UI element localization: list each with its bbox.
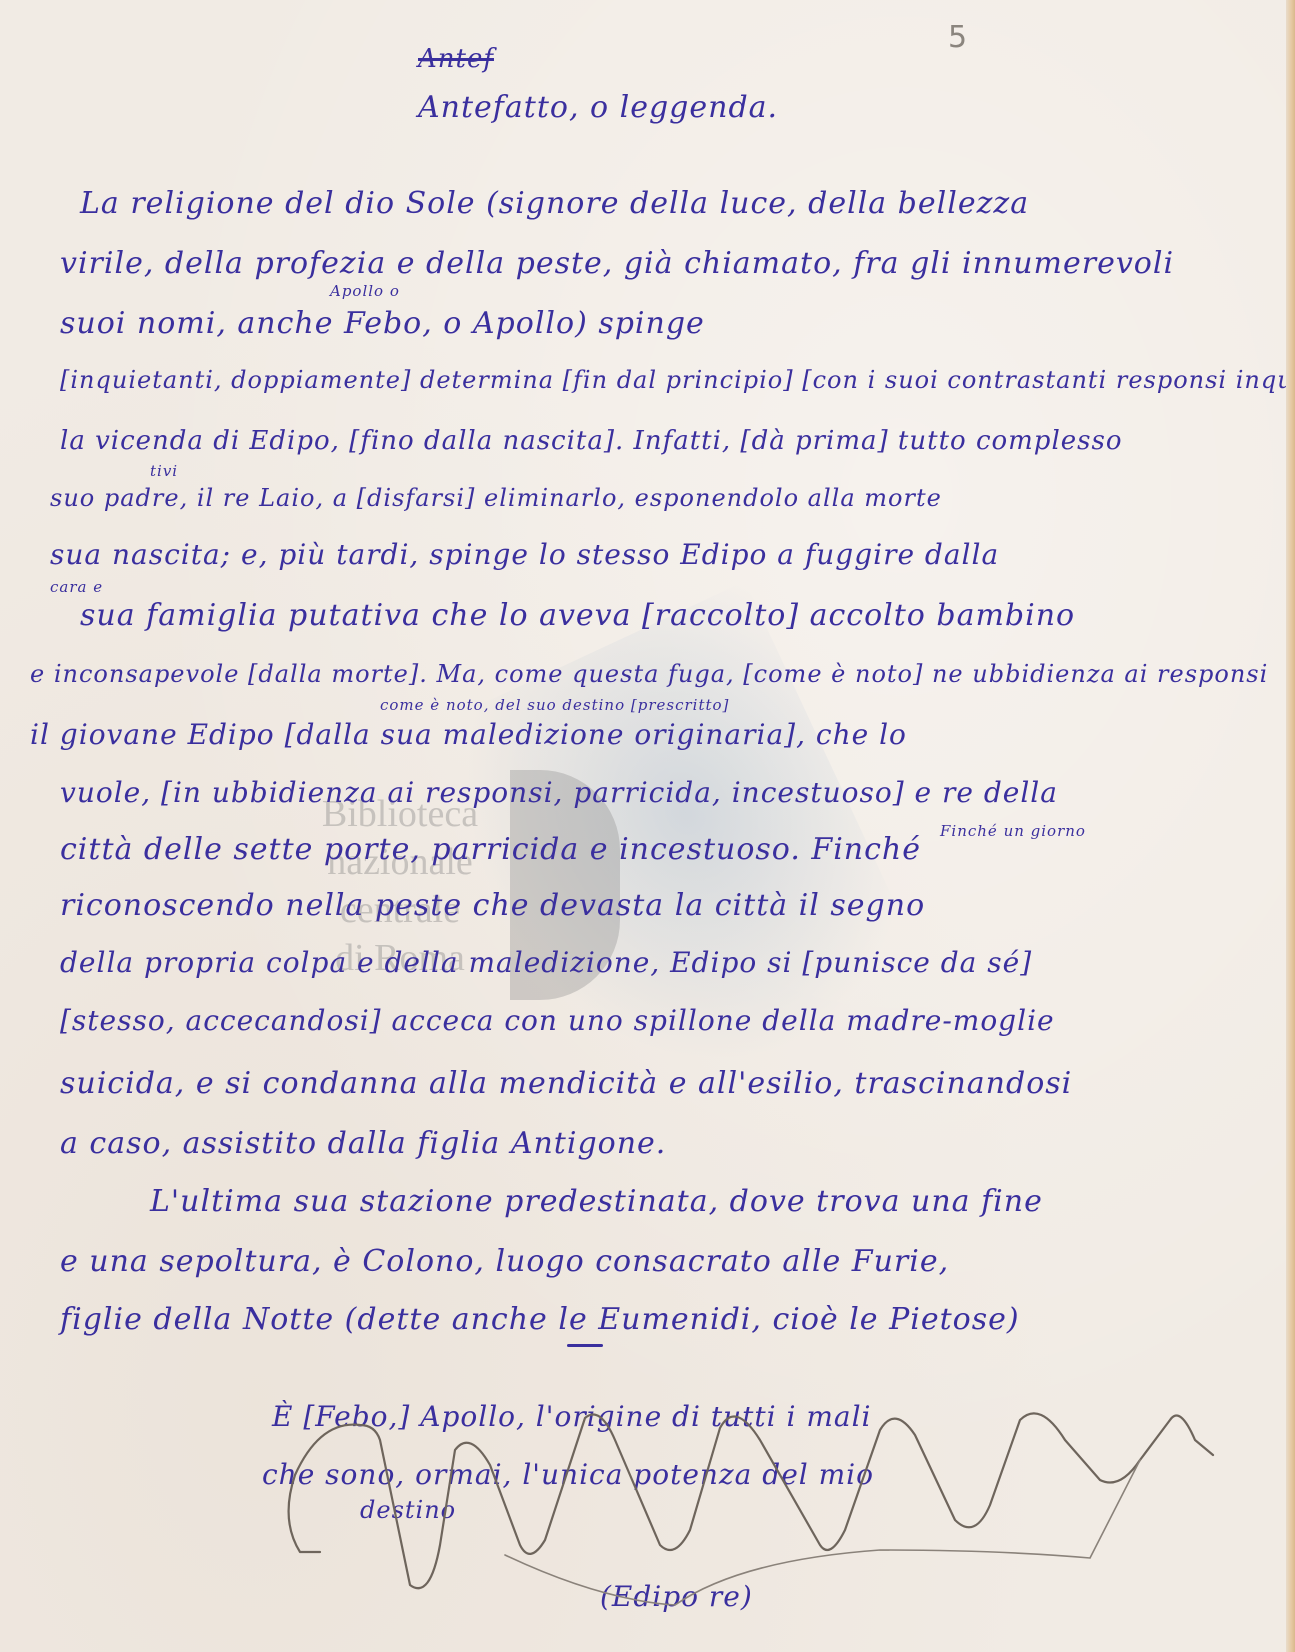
text-line: [stesso, accecandosi] acceca con uno spi…: [60, 1004, 1055, 1037]
text-line: vuole, [in ubbidienza ai responsi, parri…: [60, 776, 1058, 809]
text-line: La religione del dio Sole (signore della…: [80, 186, 1029, 221]
insertion-note: cara e: [50, 578, 103, 596]
manuscript-page: Biblioteca nazionale centrale di Roma 5 …: [0, 0, 1286, 1652]
insertion-note: Finché un giorno: [940, 822, 1086, 840]
crossed-quote-line-2: che sono, ormai, l'unica potenza del mio: [262, 1458, 874, 1491]
insertion-note: come è noto, del suo destino [prescritto…: [380, 696, 729, 714]
text-line: a caso, assistito dalla figlia Antigone.: [60, 1126, 666, 1161]
text-line: e inconsapevole [dalla morte]. Ma, come …: [30, 660, 1268, 688]
page-edge: [1286, 0, 1295, 1652]
text-line: città delle sette porte, parricida e inc…: [60, 832, 921, 867]
text-line: L'ultima sua stazione predestinata, dove…: [150, 1184, 1043, 1219]
page-title: Antefatto, o leggenda.: [418, 90, 778, 125]
text-line: suo padre, il re Laio, a [disfarsi] elim…: [50, 484, 942, 512]
text-line: la vicenda di Edipo, [fino dalla nascita…: [60, 426, 1123, 456]
text-line: della propria colpa e della maledizione,…: [60, 946, 1032, 979]
insertion-note: Apollo o: [330, 282, 400, 300]
page-number: 5: [948, 20, 967, 55]
text-line: suoi nomi, anche Febo, o Apollo) spinge: [60, 306, 705, 341]
text-line: suicida, e si condanna alla mendicità e …: [60, 1066, 1072, 1101]
text-line: [inquietanti, doppiamente] determina [fi…: [60, 366, 1295, 394]
crossed-quote-line-3: destino: [360, 1496, 456, 1524]
quote-attribution: (Edipo re): [600, 1580, 753, 1613]
text-line: sua famiglia putativa che lo aveva [racc…: [80, 598, 1075, 633]
text-line: il giovane Edipo [dalla sua maledizione …: [30, 718, 907, 751]
text-line: virile, della profezia e della peste, gi…: [60, 246, 1174, 281]
crossed-quote-line-1: È [Febo,] Apollo, l'origine di tutti i m…: [272, 1400, 871, 1433]
text-line: figlie della Notte (dette anche le Eumen…: [60, 1302, 1020, 1337]
struck-title: Antef: [418, 44, 494, 74]
text-line: riconoscendo nella peste che devasta la …: [60, 888, 925, 923]
text-line: e una sepoltura, è Colono, luogo consacr…: [60, 1244, 949, 1279]
text-line: sua nascita; e, più tardi, spinge lo ste…: [50, 538, 999, 571]
section-separator: [567, 1344, 603, 1347]
insertion-note: tivi: [150, 462, 178, 480]
